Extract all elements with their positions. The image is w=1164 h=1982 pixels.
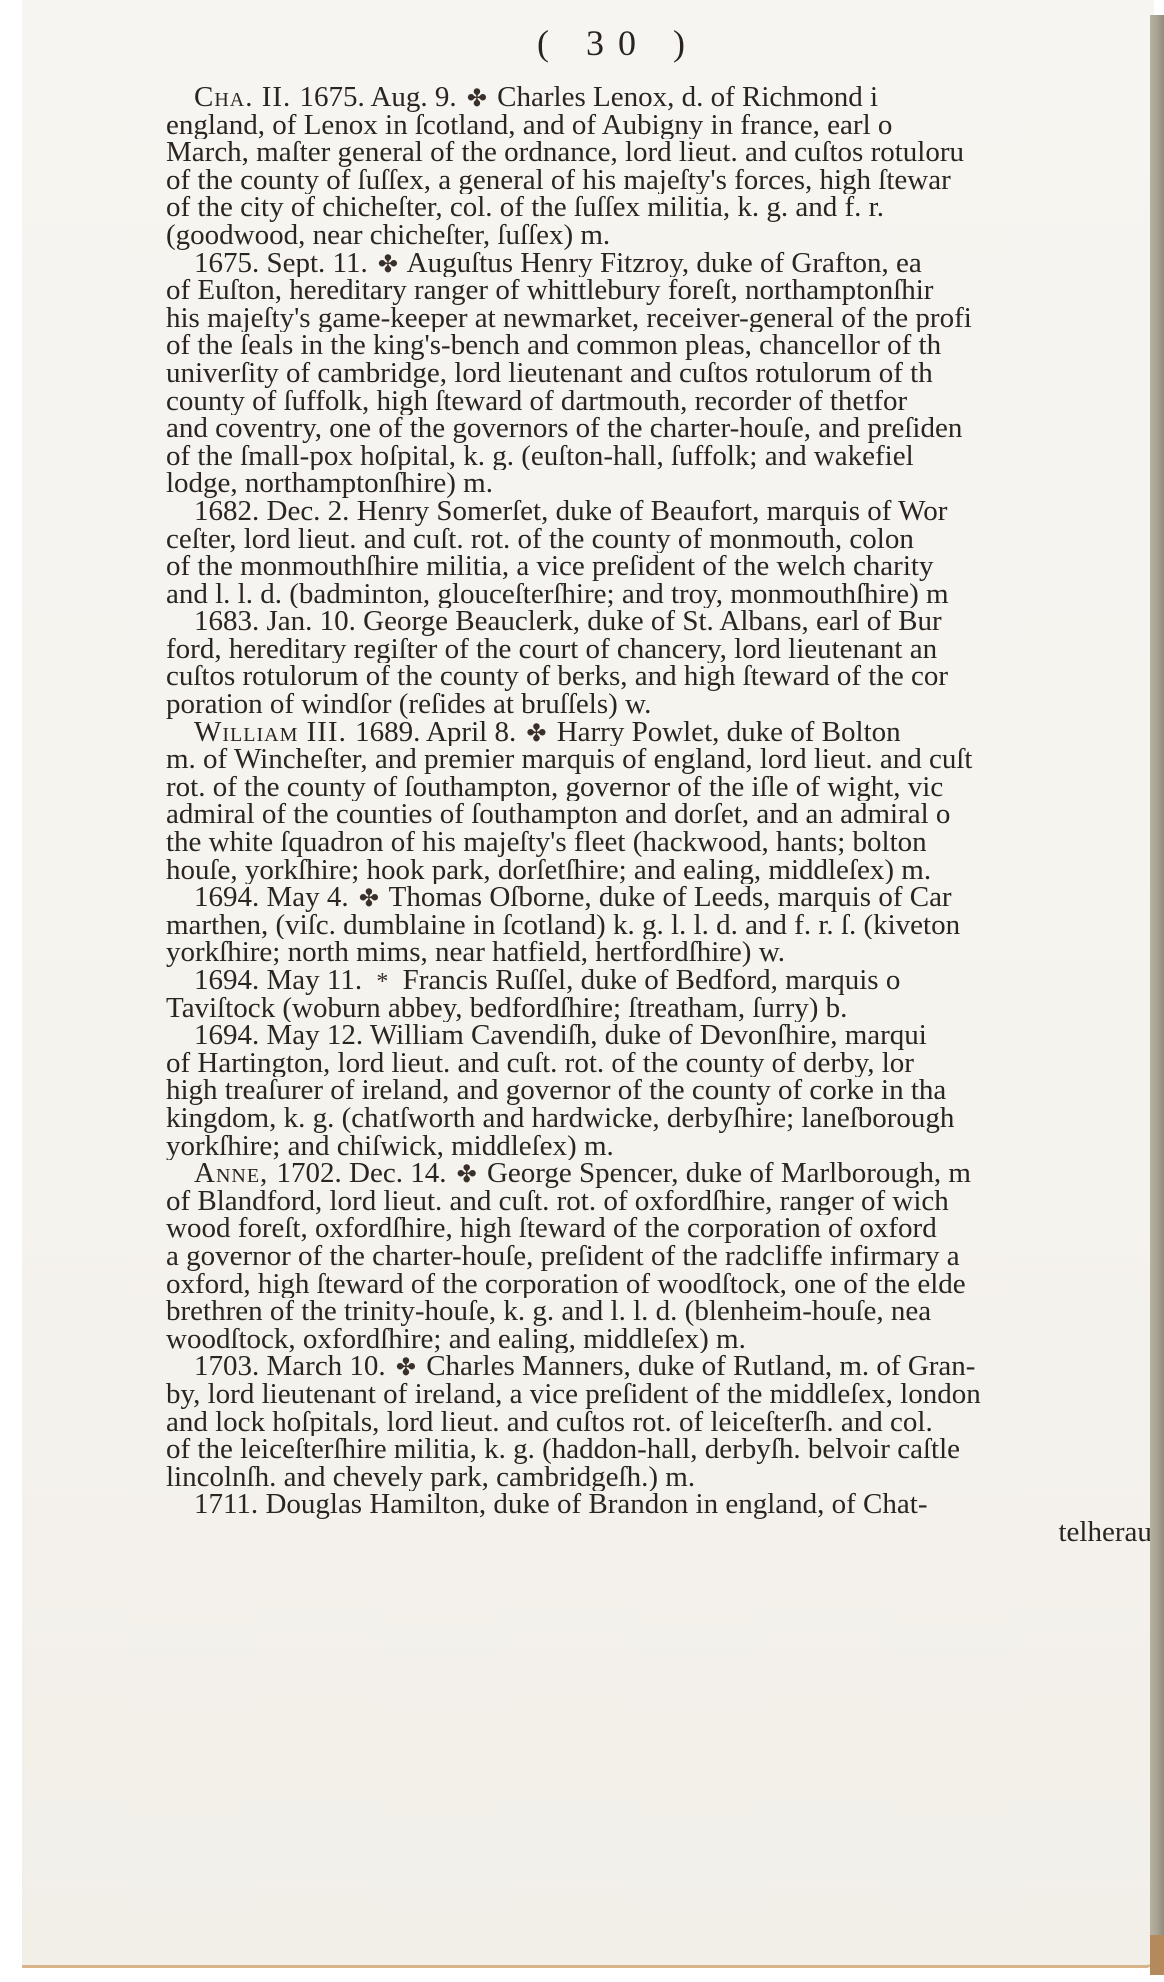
line-text: of the ſeals in the king's-bench and com… [166, 332, 941, 360]
cross-ornament-icon: ✤ [464, 86, 490, 112]
line-text: wood foreſt, oxfordſhire, high ſteward o… [166, 1215, 937, 1243]
entry-line: March, maſter general of the ordnance, l… [166, 139, 1164, 167]
entry-first-line: 1694. May 11. * Francis Ruſſel, duke of … [166, 967, 1164, 995]
entry-first-line: 1683. Jan. 10. George Beauclerk, duke of… [166, 608, 1164, 636]
line-text: admiral of the counties of ſouthampton a… [166, 801, 950, 829]
entry-first-line: Cha. II. 1675. Aug. 9. ✤ Charles Lenox, … [166, 84, 1164, 112]
line-text: the white ſquadron of his majeſty's flee… [166, 829, 927, 857]
entry-line: a governor of the charter-houſe, preſide… [166, 1243, 1164, 1271]
line-text: (goodwood, near chicheſter, ſuſſex) m. [166, 222, 610, 250]
line-text: and lock hoſpitals, lord lieut. and cuſt… [166, 1409, 933, 1437]
entry: 1694. May 12. William Cavendiſh, duke of… [166, 1022, 1164, 1160]
entry-line: poration of windſor (reſides at bruſſels… [166, 691, 1164, 719]
entry-date: 1711. [194, 1491, 265, 1519]
entry-date: 1694. May 12. [194, 1022, 370, 1050]
catchword: telherault [166, 1519, 1164, 1547]
entry-date: 1689. April 8. [355, 719, 523, 747]
entry-line: yorkſhire; north mims, near hatfield, he… [166, 939, 1164, 967]
line-text: Charles Manners, duke of Rutland, m. of … [426, 1353, 975, 1381]
page-body: Cha. II. 1675. Aug. 9. ✤ Charles Lenox, … [166, 84, 1164, 1546]
entry-line: of Euſton, hereditary ranger of whittleb… [166, 277, 1164, 305]
line-text: kingdom, k. g. (chatſworth and hardwicke… [166, 1105, 954, 1133]
entry: 1675. Sept. 11. ✤ Auguſtus Henry Fitzroy… [166, 250, 1164, 498]
entry-line: england, of Lenox in ſcotland, and of Au… [166, 112, 1164, 140]
cross-ornament-icon: ✤ [356, 886, 382, 912]
line-text: brethren of the trinity-houſe, k. g. and… [166, 1298, 931, 1326]
entry-line: m. of Wincheſter, and premier marquis of… [166, 746, 1164, 774]
entry-line: Taviſtock (woburn abbey, bedfordſhire; ſ… [166, 995, 1164, 1023]
entry-line: of the leiceſterſhire militia, k. g. (ha… [166, 1436, 1164, 1464]
entry-line: (goodwood, near chicheſter, ſuſſex) m. [166, 222, 1164, 250]
line-text: Henry Somerſet, duke of Beaufort, marqui… [357, 498, 948, 526]
line-text: high treaſurer of ireland, and governor … [166, 1077, 946, 1105]
entry-line: houſe, yorkſhire; hook park, dorſetſhire… [166, 857, 1164, 885]
entry-first-line: 1694. May 4. ✤ Thomas Oſborne, duke of L… [166, 884, 1164, 912]
entry-line: and coventry, one of the governors of th… [166, 415, 1164, 443]
entry-line: cuſtos rotulorum of the county of berks,… [166, 663, 1164, 691]
reign-label: Cha. II. [194, 84, 300, 112]
entry-line: of the city of chicheſter, col. of the ſ… [166, 194, 1164, 222]
line-text: of the ſmall-pox hoſpital, k. g. (euſton… [166, 443, 914, 471]
line-text: yorkſhire; and chiſwick, middleſex) m. [166, 1133, 614, 1161]
entry-first-line: 1675. Sept. 11. ✤ Auguſtus Henry Fitzroy… [166, 250, 1164, 278]
entry-line: and l. l. d. (badminton, glouceſterſhire… [166, 581, 1164, 609]
entry-line: county of ſuffolk, high ſteward of dartm… [166, 388, 1164, 416]
line-text: Auguſtus Henry Fitzroy, duke of Grafton,… [407, 250, 922, 278]
entry-line: high treaſurer of ireland, and governor … [166, 1077, 1164, 1105]
line-text: of Hartington, lord lieut. and cuſt. rot… [166, 1050, 914, 1078]
line-text: Charles Lenox, d. of Richmond i [497, 84, 878, 112]
entry-date: 1675. Sept. 11. [194, 250, 375, 278]
entry-date: 1702. Dec. 14. [277, 1160, 454, 1188]
line-text: houſe, yorkſhire; hook park, dorſetſhire… [166, 857, 931, 885]
entry-line: of Hartington, lord lieut. and cuſt. rot… [166, 1050, 1164, 1078]
entry: Cha. II. 1675. Aug. 9. ✤ Charles Lenox, … [166, 84, 1164, 250]
line-text: of Blandford, lord lieut. and cuſt. rot.… [166, 1188, 949, 1216]
entry-line: ford, hereditary regiſter of the court o… [166, 636, 1164, 664]
entry-line: admiral of the counties of ſouthampton a… [166, 801, 1164, 829]
entry: 1682. Dec. 2. Henry Somerſet, duke of Be… [166, 498, 1164, 608]
entry-first-line: 1711. Douglas Hamilton, duke of Brandon … [166, 1491, 1164, 1519]
line-text: lincolnſh. and chevely park, cambridgeſh… [166, 1464, 695, 1492]
line-text: cuſtos rotulorum of the county of berks,… [166, 663, 948, 691]
entry-line: lodge, northamptonſhire) m. [166, 470, 1164, 498]
entry-line: of the monmouthſhire militia, a vice pre… [166, 553, 1164, 581]
cross-ornament-icon: ✤ [375, 252, 401, 278]
line-text: Taviſtock (woburn abbey, bedfordſhire; ſ… [166, 995, 847, 1023]
line-text: ford, hereditary regiſter of the court o… [166, 636, 937, 664]
entry-line: lincolnſh. and chevely park, cambridgeſh… [166, 1464, 1164, 1492]
line-text: lodge, northamptonſhire) m. [166, 470, 493, 498]
line-text: poration of windſor (reſides at bruſſels… [166, 691, 651, 719]
entry: 1703. March 10. ✤ Charles Manners, duke … [166, 1353, 1164, 1491]
line-text: Francis Ruſſel, duke of Bedford, marquis… [403, 967, 901, 995]
entry-line: of the county of ſuſſex, a general of hi… [166, 167, 1164, 195]
entry: 1683. Jan. 10. George Beauclerk, duke of… [166, 608, 1164, 718]
entry-date: 1683. Jan. 10. [194, 608, 363, 636]
entry: 1694. May 11. * Francis Ruſſel, duke of … [166, 967, 1164, 1022]
line-text: and l. l. d. (badminton, glouceſterſhire… [166, 581, 949, 609]
line-text: oxford, high ſteward of the corporation … [166, 1271, 966, 1299]
line-text: of the monmouthſhire militia, a vice pre… [166, 553, 933, 581]
entry-date: 1675. Aug. 9. [300, 84, 464, 112]
entry-date: 1703. March 10. [194, 1353, 393, 1381]
entry-first-line: William III. 1689. April 8. ✤ Harry Powl… [166, 719, 1164, 747]
line-text: March, maſter general of the ordnance, l… [166, 139, 964, 167]
entry-line: of the ſmall-pox hoſpital, k. g. (euſton… [166, 443, 1164, 471]
line-text: woodſtock, oxfordſhire; and ealing, midd… [166, 1326, 746, 1354]
line-text: a governor of the charter-houſe, preſide… [166, 1243, 960, 1271]
entry-line: kingdom, k. g. (chatſworth and hardwicke… [166, 1105, 1164, 1133]
line-text: of the leiceſterſhire militia, k. g. (ha… [166, 1436, 960, 1464]
line-text: by, lord lieutenant of ireland, a vice p… [166, 1381, 981, 1409]
entry-line: woodſtock, oxfordſhire; and ealing, midd… [166, 1326, 1164, 1354]
line-text: m. of Wincheſter, and premier marquis of… [166, 746, 972, 774]
line-text: George Beauclerk, duke of St. Albans, ea… [363, 608, 942, 636]
line-text: George Spencer, duke of Marlborough, m [487, 1160, 971, 1188]
reign-label: Anne, [194, 1160, 277, 1188]
line-text: William Cavendiſh, duke of Devonſhire, m… [370, 1022, 927, 1050]
line-text: Harry Powlet, duke of Bolton [557, 719, 901, 747]
entry-line: of the ſeals in the king's-bench and com… [166, 332, 1164, 360]
line-text: Douglas Hamilton, duke of Brandon in eng… [265, 1491, 927, 1519]
line-text: his majeſty's game-keeper at newmarket, … [166, 305, 972, 333]
cross-ornament-icon: ✤ [393, 1355, 419, 1381]
line-text: ceſter, lord lieut. and cuſt. rot. of th… [166, 526, 914, 554]
entry-line: marthen, (viſc. dumblaine in ſcotland) k… [166, 912, 1164, 940]
entry-date: 1682. Dec. 2. [194, 498, 357, 526]
entry-first-line: Anne, 1702. Dec. 14. ✤ George Spencer, d… [166, 1160, 1164, 1188]
entry: 1694. May 4. ✤ Thomas Oſborne, duke of L… [166, 884, 1164, 967]
page-number: ( 30 ) [22, 22, 1154, 64]
line-text: univerſity of cambridge, lord lieutenant… [166, 360, 933, 388]
book-spine-edge [1150, 15, 1164, 1955]
cross-ornament-icon: ✤ [523, 721, 549, 747]
entry-first-line: 1694. May 12. William Cavendiſh, duke of… [166, 1022, 1164, 1050]
cross-ornament-icon: ✤ [454, 1162, 480, 1188]
entry-line: yorkſhire; and chiſwick, middleſex) m. [166, 1133, 1164, 1161]
line-text: rot. of the county of ſouthampton, gover… [166, 774, 943, 802]
entry-line: ceſter, lord lieut. and cuſt. rot. of th… [166, 526, 1164, 554]
entry-date: 1694. May 11. [194, 967, 369, 995]
line-text: Thomas Oſborne, duke of Leeds, marquis o… [389, 884, 952, 912]
entry-first-line: 1703. March 10. ✤ Charles Manners, duke … [166, 1353, 1164, 1381]
entry: Anne, 1702. Dec. 14. ✤ George Spencer, d… [166, 1160, 1164, 1353]
entry-line: and lock hoſpitals, lord lieut. and cuſt… [166, 1409, 1164, 1437]
entry-line: wood foreſt, oxfordſhire, high ſteward o… [166, 1215, 1164, 1243]
line-text: marthen, (viſc. dumblaine in ſcotland) k… [166, 912, 960, 940]
entry-date: 1694. May 4. [194, 884, 356, 912]
line-text: of Euſton, hereditary ranger of whittleb… [166, 277, 933, 305]
entry-line: oxford, high ſteward of the corporation … [166, 1271, 1164, 1299]
entry-first-line: 1682. Dec. 2. Henry Somerſet, duke of Be… [166, 498, 1164, 526]
line-text: county of ſuffolk, high ſteward of dartm… [166, 388, 907, 416]
line-text: and coventry, one of the governors of th… [166, 415, 962, 443]
line-text: of the city of chicheſter, col. of the ſ… [166, 194, 884, 222]
entry-line: of Blandford, lord lieut. and cuſt. rot.… [166, 1188, 1164, 1216]
entry-line: univerſity of cambridge, lord lieutenant… [166, 360, 1164, 388]
reign-label: William III. [194, 719, 355, 747]
entry-line: his majeſty's game-keeper at newmarket, … [166, 305, 1164, 333]
entry-line: the white ſquadron of his majeſty's flee… [166, 829, 1164, 857]
entry: 1711. Douglas Hamilton, duke of Brandon … [166, 1491, 1164, 1546]
line-text: england, of Lenox in ſcotland, and of Au… [166, 112, 892, 140]
entry-line: by, lord lieutenant of ireland, a vice p… [166, 1381, 1164, 1409]
asterisk-icon: * [369, 969, 395, 995]
entry-line: brethren of the trinity-houſe, k. g. and… [166, 1298, 1164, 1326]
entry-line: rot. of the county of ſouthampton, gover… [166, 774, 1164, 802]
entry: William III. 1689. April 8. ✤ Harry Powl… [166, 719, 1164, 885]
line-text: yorkſhire; north mims, near hatfield, he… [166, 939, 785, 967]
line-text: of the county of ſuſſex, a general of hi… [166, 167, 951, 195]
book-page: ( 30 ) Cha. II. 1675. Aug. 9. ✤ Charles … [22, 0, 1154, 1968]
